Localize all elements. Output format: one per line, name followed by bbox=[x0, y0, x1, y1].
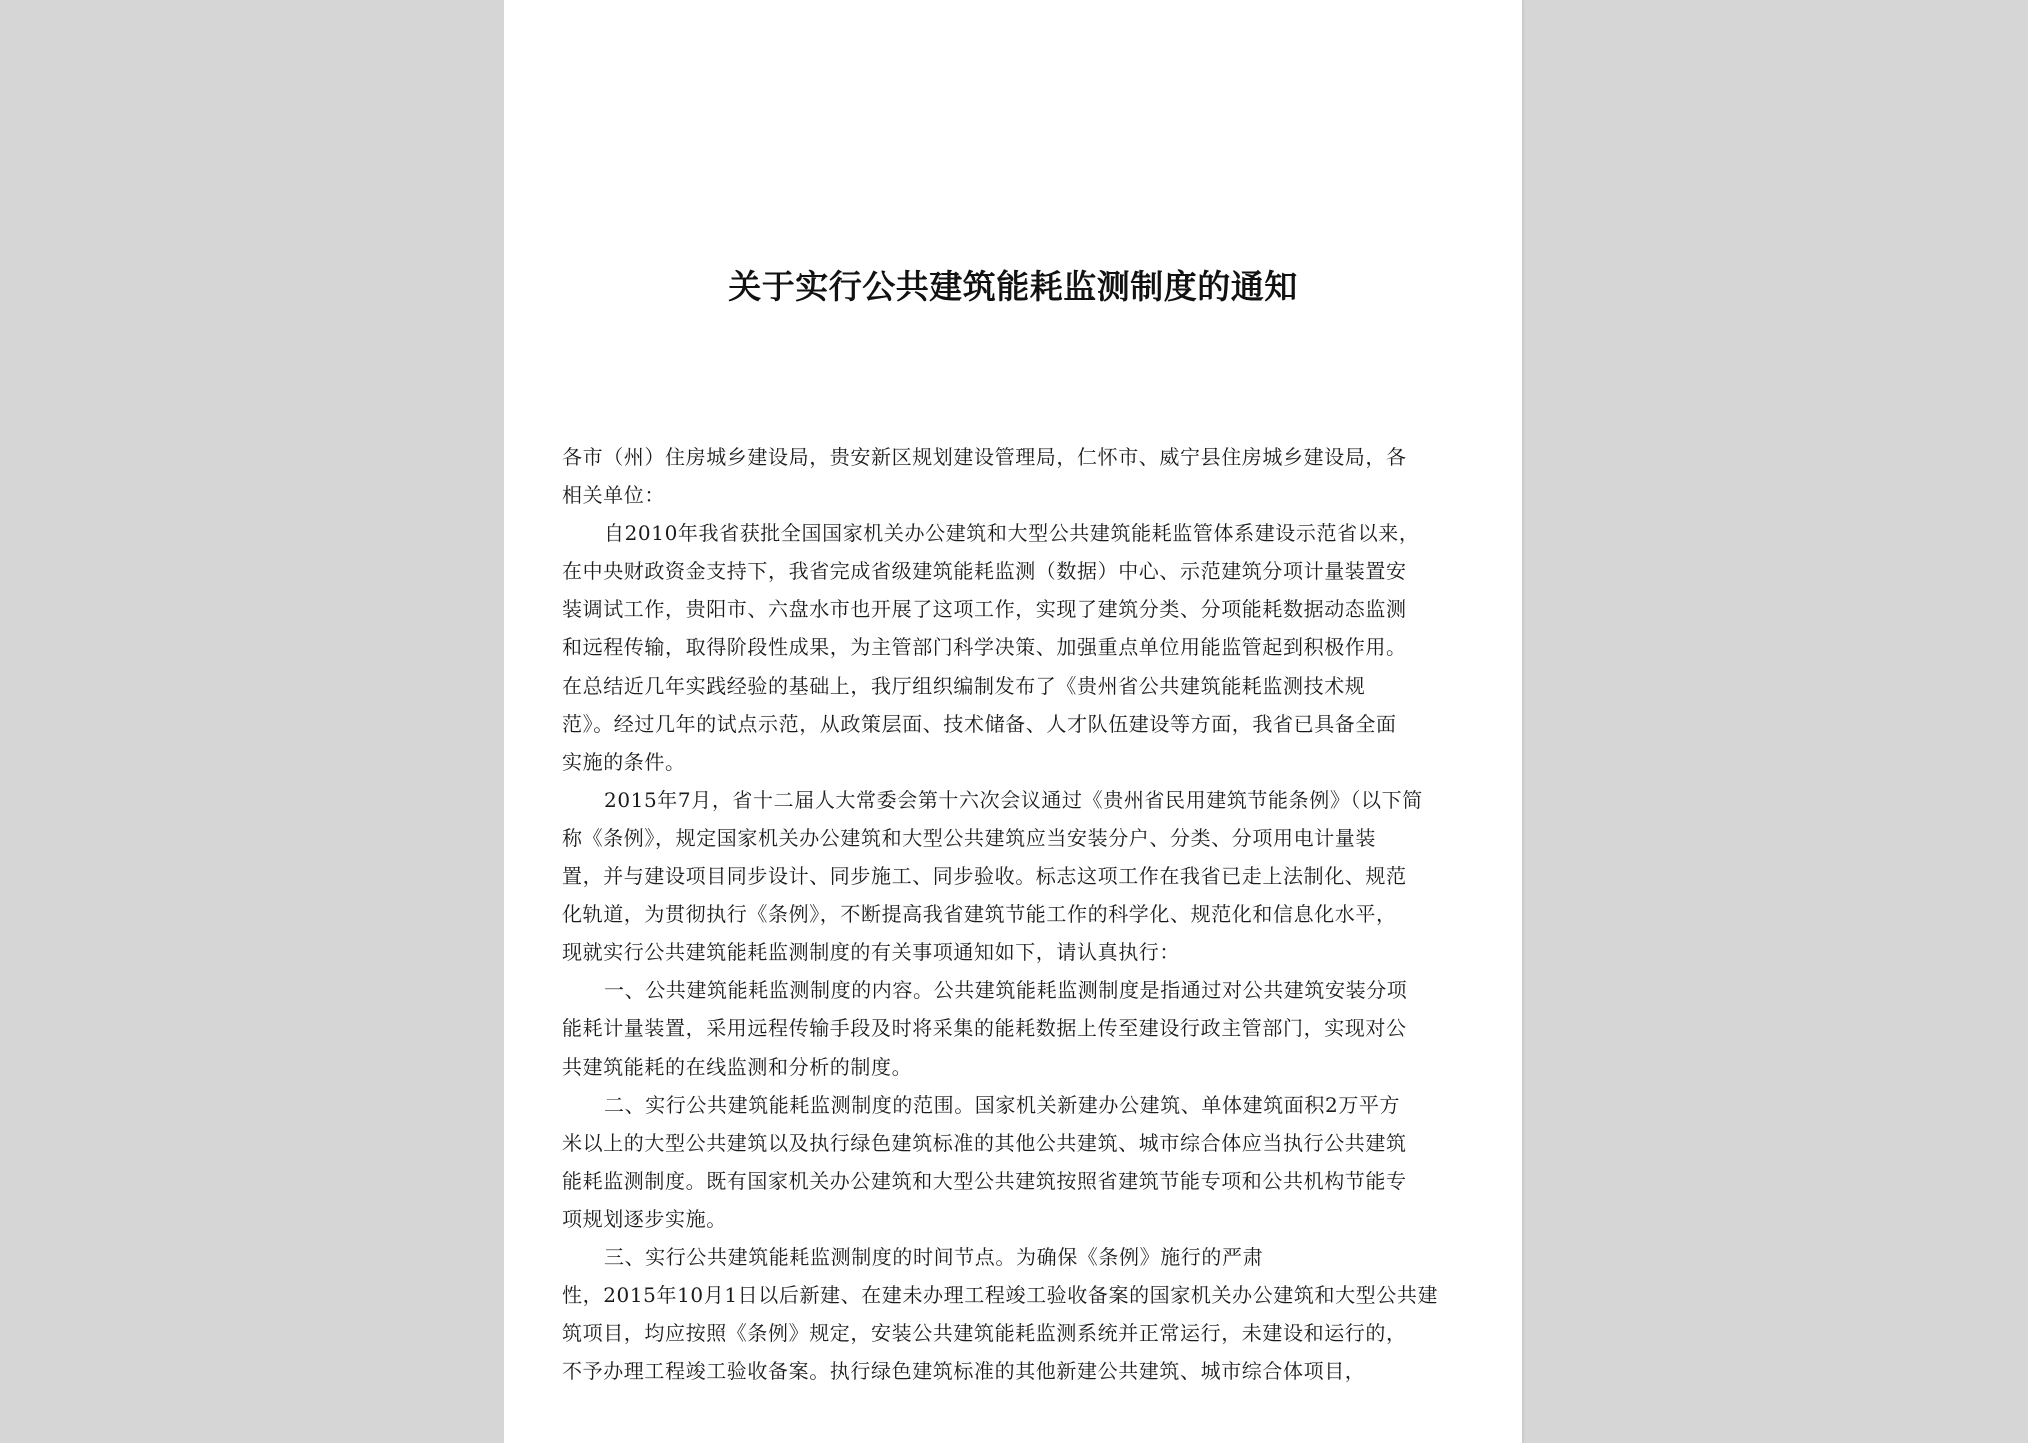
text-line: 和远程传输，取得阶段性成果，为主管部门科学决策、加强重点单位用能监管起到积极作用… bbox=[562, 628, 1452, 666]
text-line: 置，并与建设项目同步设计、同步施工、同步验收。标志这项工作在我省已走上法制化、规… bbox=[562, 857, 1452, 895]
text-line: 称《条例》，规定国家机关办公建筑和大型公共建筑应当安装分户、分类、分项用电计量装 bbox=[562, 819, 1452, 857]
paragraph-first-line: 2015年7月，省十二届人大常委会第十六次会议通过《贵州省民用建筑节能条例》（以… bbox=[562, 781, 1452, 819]
text-line: 能耗计量装置，采用远程传输手段及时将采集的能耗数据上传至建设行政主管部门，实现对… bbox=[562, 1009, 1452, 1047]
text-line: 米以上的大型公共建筑以及执行绿色建筑标准的其他公共建筑、城市综合体应当执行公共建… bbox=[562, 1124, 1452, 1162]
text-line: 在中央财政资金支持下，我省完成省级建筑能耗监测（数据）中心、示范建筑分项计量装置… bbox=[562, 552, 1452, 590]
text-line: 相关单位： bbox=[562, 476, 1452, 514]
text-line: 范》。经过几年的试点示范，从政策层面、技术储备、人才队伍建设等方面，我省已具备全… bbox=[562, 705, 1452, 743]
document-title: 关于实行公共建筑能耗监测制度的通知 bbox=[504, 264, 1522, 310]
text-line: 实施的条件。 bbox=[562, 743, 1452, 781]
section-3-heading-line: 三、实行公共建筑能耗监测制度的时间节点。为确保《条例》施行的严肃 bbox=[562, 1238, 1452, 1276]
text-line: 筑项目，均应按照《条例》规定，安装公共建筑能耗监测系统并正常运行，未建设和运行的… bbox=[562, 1314, 1452, 1352]
text-line: 现就实行公共建筑能耗监测制度的有关事项通知如下，请认真执行： bbox=[562, 933, 1452, 971]
section-2-heading-line: 二、实行公共建筑能耗监测制度的范围。国家机关新建办公建筑、单体建筑面积2万平方 bbox=[562, 1086, 1452, 1124]
text-line: 化轨道，为贯彻执行《条例》，不断提高我省建筑节能工作的科学化、规范化和信息化水平… bbox=[562, 895, 1452, 933]
text-line: 各市（州）住房城乡建设局，贵安新区规划建设管理局，仁怀市、威宁县住房城乡建设局，… bbox=[562, 438, 1452, 476]
text-line: 性，2015年10月1日以后新建、在建未办理工程竣工验收备案的国家机关办公建筑和… bbox=[562, 1276, 1452, 1314]
document-body: 各市（州）住房城乡建设局，贵安新区规划建设管理局，仁怀市、威宁县住房城乡建设局，… bbox=[562, 438, 1452, 1390]
section-1-heading-line: 一、公共建筑能耗监测制度的内容。公共建筑能耗监测制度是指通过对公共建筑安装分项 bbox=[562, 971, 1452, 1009]
text-line: 共建筑能耗的在线监测和分析的制度。 bbox=[562, 1048, 1452, 1086]
text-line: 不予办理工程竣工验收备案。执行绿色建筑标准的其他新建公共建筑、城市综合体项目， bbox=[562, 1352, 1452, 1390]
text-line: 项规划逐步实施。 bbox=[562, 1200, 1452, 1238]
document-page: 关于实行公共建筑能耗监测制度的通知 各市（州）住房城乡建设局，贵安新区规划建设管… bbox=[504, 0, 1522, 1443]
paragraph-first-line: 自2010年我省获批全国国家机关办公建筑和大型公共建筑能耗监管体系建设示范省以来… bbox=[562, 514, 1452, 552]
text-line: 能耗监测制度。既有国家机关办公建筑和大型公共建筑按照省建筑节能专项和公共机构节能… bbox=[562, 1162, 1452, 1200]
text-line: 装调试工作，贵阳市、六盘水市也开展了这项工作，实现了建筑分类、分项能耗数据动态监… bbox=[562, 590, 1452, 628]
text-line: 在总结近几年实践经验的基础上，我厅组织编制发布了《贵州省公共建筑能耗监测技术规 bbox=[562, 667, 1452, 705]
